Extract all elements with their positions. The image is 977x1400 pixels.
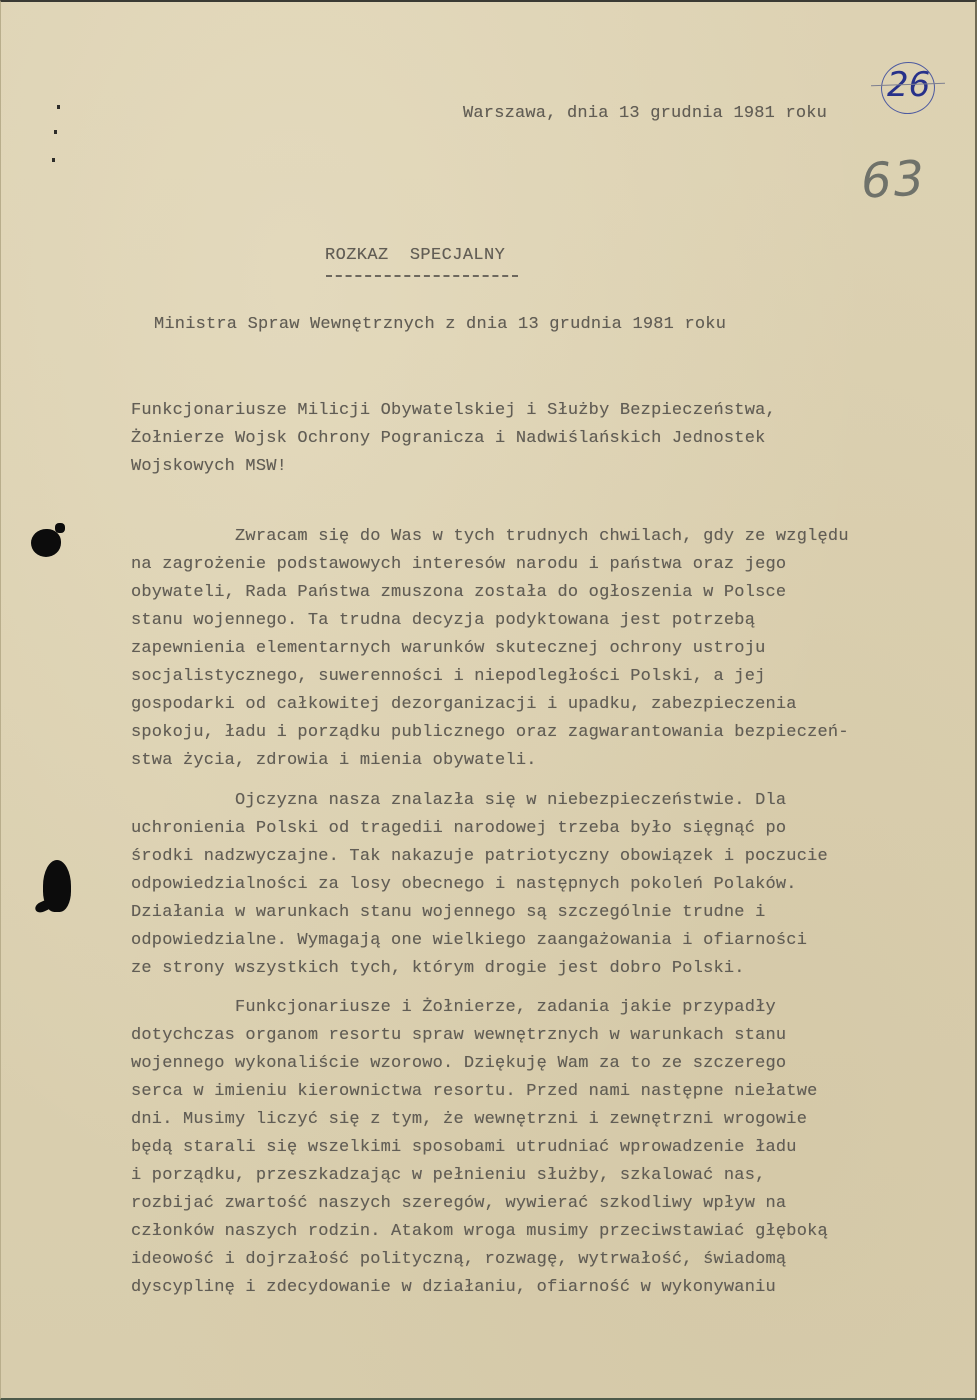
paragraph-3-line: wojennego wykonaliście wzorowo. Dziękuję… bbox=[131, 1054, 786, 1073]
paragraph-3-line: rozbijać zwartość naszych szeregów, wywi… bbox=[131, 1194, 786, 1213]
salutation-line: Funkcjonariusze Milicji Obywatelskiej i … bbox=[131, 401, 776, 420]
archive-number-pencil: 63 bbox=[860, 150, 928, 209]
paragraph-3-line: Funkcjonariusze i Żołnierze, zadania jak… bbox=[131, 998, 776, 1017]
date-line: Warszawa, dnia 13 grudnia 1981 roku bbox=[463, 104, 827, 123]
paragraph-3-line: będą starali się wszelkimi sposobami utr… bbox=[131, 1138, 797, 1157]
paragraph-2-line: Ojczyzna nasza znalazła się w niebezpiec… bbox=[131, 791, 786, 810]
paragraph-3-line: ideowość i dojrzałość polityczną, rozwag… bbox=[131, 1250, 786, 1269]
margin-mark bbox=[52, 158, 55, 162]
paragraph-3-line: członków naszych rodzin. Atakom wroga mu… bbox=[131, 1222, 828, 1241]
paragraph-1-line: stanu wojennego. Ta trudna decyzja podyk… bbox=[131, 611, 755, 630]
paragraph-1-line: zapewnienia elementarnych warunków skute… bbox=[131, 639, 766, 658]
paragraph-2-line: środki nadzwyczajne. Tak nakazuje patrio… bbox=[131, 847, 828, 866]
paragraph-3-line: i porządku, przeszkadzając w pełnieniu s… bbox=[131, 1166, 766, 1185]
salutation-line: Żołnierze Wojsk Ochrony Pogranicza i Nad… bbox=[131, 429, 766, 448]
paragraph-3-line: dyscyplinę i zdecydowanie w działaniu, o… bbox=[131, 1278, 776, 1297]
archive-number-stamp: 26 bbox=[881, 54, 939, 112]
margin-mark bbox=[57, 105, 60, 109]
paragraph-2-line: odpowiedzialności za losy obecnego i nas… bbox=[131, 875, 797, 894]
paragraph-3-line: serca w imieniu kierownictwa resortu. Pr… bbox=[131, 1082, 818, 1101]
paragraph-2-line: odpowiedzialne. Wymagają one wielkiego z… bbox=[131, 931, 807, 950]
paragraph-2-line: ze strony wszystkich tych, którym drogie… bbox=[131, 959, 745, 978]
punch-hole-top bbox=[31, 529, 61, 557]
paragraph-1-line: socjalistycznego, suwerenności i niepodl… bbox=[131, 667, 766, 686]
document-title: ROZKAZ SPECJALNY bbox=[325, 246, 505, 265]
margin-mark bbox=[54, 130, 57, 134]
title-underline bbox=[326, 275, 518, 277]
paragraph-2-line: uchronienia Polski od tragedii narodowej… bbox=[131, 819, 786, 838]
paragraph-1-line: gospodarki od całkowitej dezorganizacji … bbox=[131, 695, 797, 714]
paragraph-3-line: dotychczas organom resortu spraw wewnętr… bbox=[131, 1026, 786, 1045]
paragraph-1-line: na zagrożenie podstawowych interesów nar… bbox=[131, 555, 786, 574]
paragraph-1-line: obywateli, Rada Państwa zmuszona została… bbox=[131, 583, 786, 602]
salutation-line: Wojskowych MSW! bbox=[131, 457, 287, 476]
paragraph-3-line: dni. Musimy liczyć się z tym, że wewnętr… bbox=[131, 1110, 807, 1129]
document-page: 26 63 Warszawa, dnia 13 grudnia 1981 rok… bbox=[0, 0, 977, 1400]
paragraph-2-line: Działania w warunkach stanu wojennego są… bbox=[131, 903, 766, 922]
paragraph-1-line: spokoju, ładu i porządku publicznego ora… bbox=[131, 723, 849, 742]
punch-hole-bottom bbox=[43, 860, 71, 912]
paragraph-1-line: Zwracam się do Was w tych trudnych chwil… bbox=[131, 527, 849, 546]
paragraph-1-line: stwa życia, zdrowia i mienia obywateli. bbox=[131, 751, 537, 770]
document-subtitle: Ministra Spraw Wewnętrznych z dnia 13 gr… bbox=[154, 315, 726, 334]
